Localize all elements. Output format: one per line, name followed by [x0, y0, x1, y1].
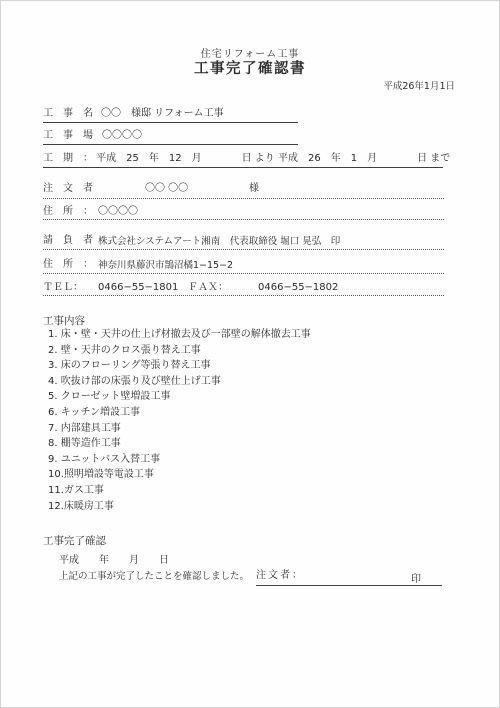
- document-title: 工事完了確認書: [1, 57, 499, 78]
- construction-period-value: 平成 25 年 12 月 日 より 平成 26 年 1 月 日 まで: [93, 153, 450, 164]
- contractor-value: 株式会社システムアート湘南 代表取締役 堀口 晃弘 印: [98, 236, 340, 248]
- construction-name-value: 〇〇 様邸 リフォーム工事: [101, 108, 224, 120]
- dotted-line-contractor-address: [43, 273, 444, 274]
- document-page: 住宅リフォーム工事 工事完了確認書 平成26年1月1日 工 事 名 〇〇 様邸 …: [0, 0, 500, 708]
- construction-period-row: 工 期 ： 平成 25 年 12 月 日 より 平成 26 年 1 月 日 まで: [43, 153, 450, 165]
- work-item: 7. 内部建具工事: [48, 421, 311, 437]
- orderer-label: 注 文 者: [43, 183, 93, 195]
- work-item: 10.照明増設等電設工事: [48, 467, 311, 483]
- dotted-line-orderer: [43, 198, 444, 199]
- completion-seal: 印: [411, 570, 421, 585]
- completion-statement: 上記の工事が完了したことを確認しました。: [59, 571, 249, 583]
- completion-heading: 工事完了確認: [43, 533, 106, 548]
- work-item: 4. 吹抜け部の床張り及び壁仕上げ工事: [48, 374, 311, 390]
- document-date: 平成26年1月1日: [383, 78, 455, 92]
- work-item: 9. ユニットバス入替工事: [48, 452, 311, 468]
- dotted-line-orderer-address: [43, 219, 444, 220]
- work-item: 1. 床・壁・天井の仕上げ材撤去及び一部壁の解体撤去工事: [48, 327, 311, 343]
- tel-label: ＴＥＬ：: [43, 282, 83, 294]
- work-items-list: 1. 床・壁・天井の仕上げ材撤去及び一部壁の解体撤去工事2. 壁・天井のクロス張…: [48, 327, 311, 514]
- work-item: 12.床暖房工事: [48, 499, 311, 515]
- orderer-value: 〇〇 〇〇: [145, 183, 188, 195]
- construction-site-value: 〇〇〇〇: [102, 130, 142, 142]
- construction-period-label: 工 期 ：: [43, 153, 93, 164]
- construction-name-label: 工 事 名: [43, 108, 93, 120]
- dotted-line-contractor: [43, 249, 444, 250]
- work-item: 5. クローゼット壁増設工事: [48, 389, 311, 405]
- work-item: 11.ガス工事: [48, 483, 311, 499]
- work-item: 6. キッチン増設工事: [48, 405, 311, 421]
- underline-construction-period: [43, 167, 443, 168]
- underline-completion-orderer: [256, 585, 442, 586]
- fax-label: ＦＡＸ：: [188, 282, 228, 294]
- work-item: 2. 壁・天井のクロス張り替え工事: [48, 343, 311, 359]
- underline-construction-name: [43, 122, 298, 123]
- completion-date-line: 平成 年 月 日: [59, 555, 169, 567]
- orderer-address-value: 〇〇〇〇: [98, 206, 138, 218]
- fax-value: 0466−55−1802: [258, 282, 338, 294]
- underline-construction-site: [43, 144, 298, 145]
- completion-orderer-label: 注文者：: [256, 570, 304, 582]
- contractor-address-value: 神奈川県藤沢市鵠沼橘1−15−2: [98, 260, 233, 272]
- contractor-label: 請 負 者: [43, 235, 93, 247]
- orderer-honorific: 様: [249, 183, 259, 195]
- dotted-line-tel: [43, 295, 444, 296]
- work-content-heading: 工事内容: [43, 313, 85, 328]
- work-item: 3. 床のフローリング等張り替え工事: [48, 358, 311, 374]
- orderer-address-label: 住 所 ：: [43, 206, 93, 218]
- contractor-address-label: 住 所 ：: [43, 259, 93, 271]
- work-item: 8. 棚等造作工事: [48, 436, 311, 452]
- construction-site-label: 工 事 場: [43, 130, 93, 142]
- tel-value: 0466−55−1801: [98, 282, 178, 294]
